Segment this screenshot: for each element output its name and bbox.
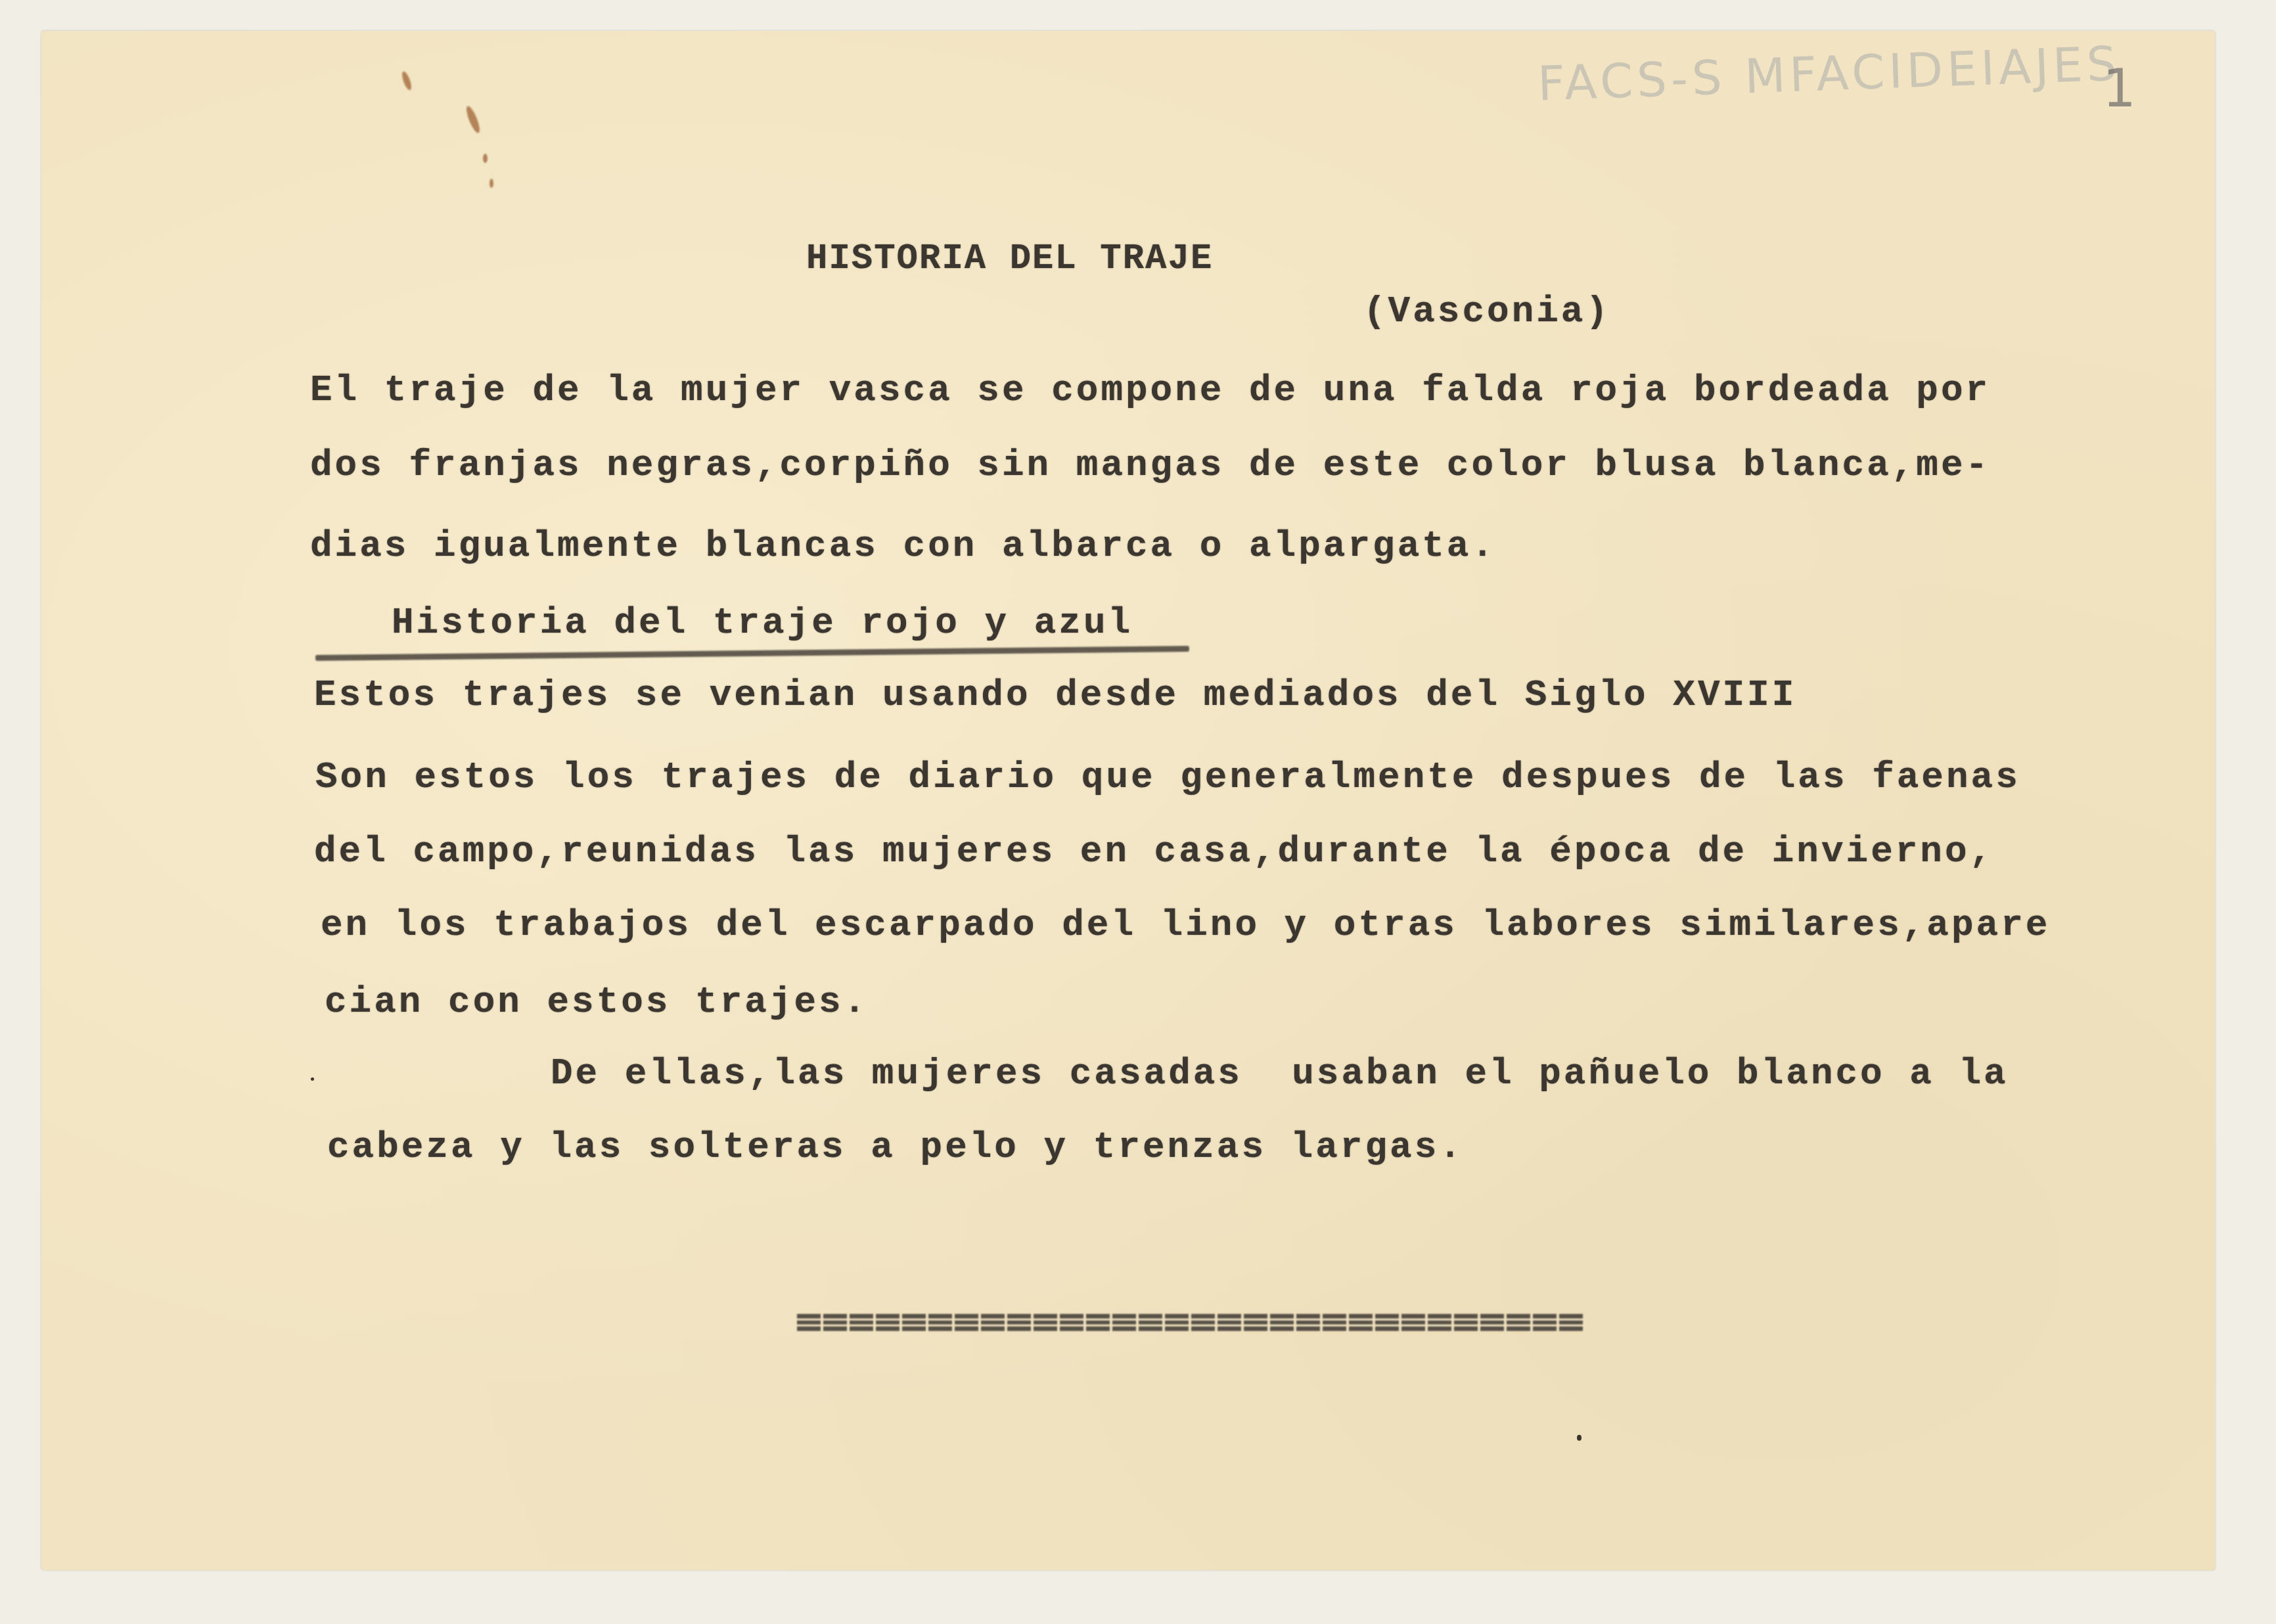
paragraph-line: en los trabajos del escarpado del lino y…	[321, 907, 2050, 943]
paragraph-line: dias igualmente blancas con albarca o al…	[310, 528, 1496, 564]
rust-stain	[483, 154, 488, 163]
ink-speck	[311, 1077, 314, 1081]
paragraph-line: Estos trajes se venian usando desde medi…	[314, 677, 1796, 713]
paragraph-line: El traje de la mujer vasca se compone de…	[310, 372, 1990, 409]
paragraph-line: Son estos los trajes de diario que gener…	[315, 759, 2020, 796]
document-subtitle: (Vasconia)	[1363, 293, 1610, 330]
paragraph-line: De ellas,las mujeres casadas usaban el p…	[551, 1055, 2009, 1092]
section-heading: Historia del traje rojo y azul	[392, 604, 1133, 641]
ink-speck	[1577, 1435, 1582, 1441]
page-number: 1	[2103, 58, 2136, 119]
paragraph-line: dos franjas negras,corpiño sin mangas de…	[310, 447, 1990, 484]
document-title: HISTORIA DEL TRAJE	[806, 242, 1213, 277]
paragraph-line: cabeza y las solteras a pelo y trenzas l…	[327, 1129, 1464, 1165]
end-separator-rule	[797, 1314, 1585, 1331]
paragraph-line: cian con estos trajes.	[325, 983, 868, 1020]
rust-stain	[489, 179, 493, 188]
paragraph-line: del campo,reunidas las mujeres en casa,d…	[314, 833, 1994, 870]
